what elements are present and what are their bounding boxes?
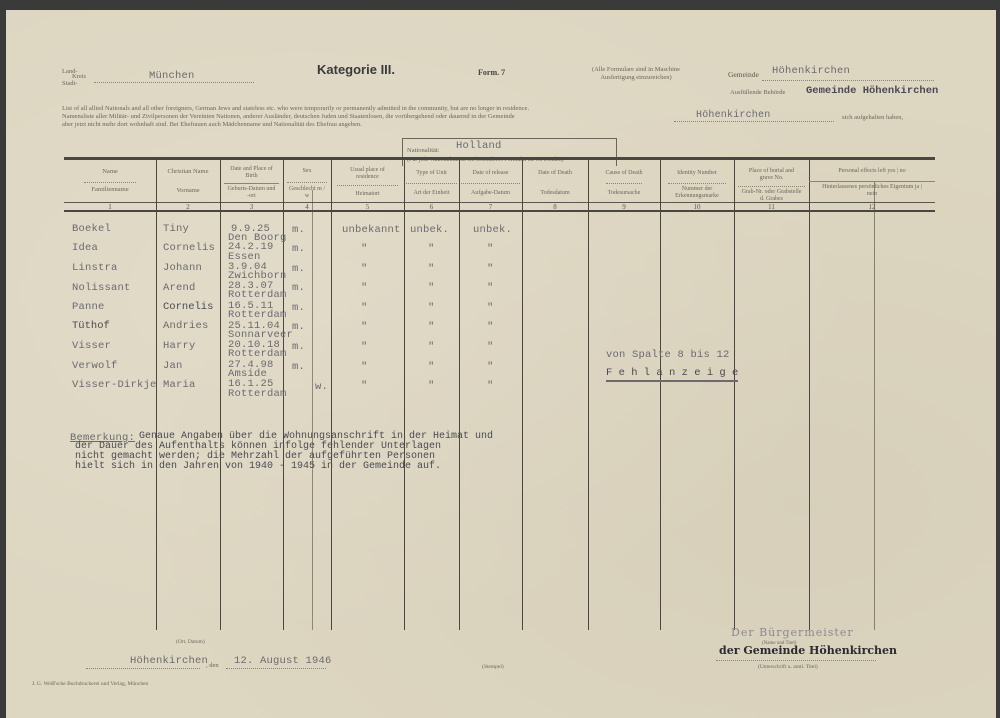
signature-line	[716, 660, 876, 661]
cell-name: Boekel	[72, 223, 111, 235]
gemeinde-line	[762, 80, 934, 81]
col-header-release: Date of release Aufgabe-Datum	[459, 170, 522, 197]
col-number: 7	[459, 203, 522, 211]
col-de: Grab-Nr. oder Grabstelle d. Grabes	[734, 189, 809, 203]
col-de: Aufgabe-Datum	[459, 190, 522, 197]
col-de: Heimatort	[331, 191, 404, 198]
cell-sex-m: m.	[292, 224, 305, 236]
gemeinde-label: Gemeinde	[728, 70, 759, 79]
cell-residence: "	[361, 263, 368, 275]
cell-sex-m: m.	[292, 341, 305, 353]
cell-residence: "	[361, 380, 368, 392]
cell-release: "	[487, 263, 494, 275]
col-de: Nummer der Erkennungsmarke	[660, 186, 734, 200]
col-number: 3	[220, 203, 283, 211]
ausfuellende-value: Gemeinde Höhenkirchen	[806, 85, 938, 97]
col-en: Christian Name	[156, 168, 220, 176]
ausfuellende-label: Ausfüllende Behörde	[730, 89, 785, 97]
col-number: 4	[283, 203, 331, 211]
instructions-line2: Namensliste aller Militär- und Zivilpers…	[62, 113, 692, 121]
col-de: Todesdatum	[522, 190, 588, 197]
cell-vorname: Cornelis	[163, 242, 215, 254]
cell-name: Visser-Dirkje	[72, 379, 157, 391]
col-en: Date and Place of Birth	[220, 166, 283, 180]
cell-vorname: Johann	[163, 262, 202, 274]
col-number: 11	[734, 203, 809, 211]
col-en: Personal effects left yes | no	[809, 168, 935, 175]
fehlanzeige-range: von Spalte 8 bis 12	[606, 349, 730, 361]
col-header-unit: Type of Unit Art der Einheit	[404, 170, 459, 197]
cell-sex-m: m.	[292, 282, 305, 294]
cell-sex-m: m.	[292, 321, 305, 333]
cell-unit: "	[428, 380, 435, 392]
form-number: Form. 7	[478, 68, 505, 77]
col-de: Geburts-Datum und -ort	[220, 186, 283, 200]
col-divider	[220, 160, 221, 630]
col-header-sex: Sex Geschlecht m / w	[283, 168, 331, 200]
remark-line4: hielt sich in den Jahren von 1940 - 1945…	[75, 462, 493, 472]
place-line	[86, 668, 200, 669]
col-en: Name	[64, 168, 156, 176]
kreis-value: München	[149, 70, 195, 82]
col-number: 8	[522, 203, 588, 211]
col-en: Date of Death	[522, 170, 588, 177]
cell-residence: "	[361, 321, 368, 333]
col-de: Art der Einheit	[404, 190, 459, 197]
table-top-border	[64, 157, 935, 160]
col-header-vorname: Christian Name Vorname	[156, 168, 220, 195]
col-number: 12	[809, 203, 935, 211]
cell-unit: "	[428, 243, 435, 255]
col-divider	[734, 160, 735, 630]
col-en: Place of burial and grave No.	[734, 168, 809, 182]
col-de: Hinterlassenes persönliches Eigentum ja …	[809, 184, 935, 198]
cell-sex-m: m.	[292, 243, 305, 255]
form-note: (Alle Formulare sind in Maschine Ausfert…	[581, 66, 691, 82]
instructions-line3: aber jetzt nicht mehr dort wohnhaft sind…	[62, 121, 622, 129]
col-number: 1	[64, 203, 156, 211]
land-label-3: Stadt-	[62, 80, 86, 88]
cell-name: Nolissant	[72, 282, 131, 294]
cell-name: Idea	[72, 242, 98, 254]
col-de: Todesursache	[588, 190, 660, 197]
cell-unit: "	[428, 302, 435, 314]
col-divider	[588, 160, 589, 630]
col-divider	[809, 160, 810, 630]
col-divider	[331, 160, 332, 630]
instructions-gemeinde-value: Höhenkirchen	[696, 110, 770, 121]
footer-date: 12. August 1946	[234, 655, 332, 667]
cell-unit: "	[428, 263, 435, 275]
col-de: Vorname	[156, 187, 220, 195]
cell-release: "	[487, 321, 494, 333]
cell-name: Verwolf	[72, 360, 118, 372]
sex-subdivider	[312, 190, 313, 630]
cell-vorname: Tiny	[163, 223, 189, 235]
col-de: Geschlecht m / w	[283, 186, 331, 200]
cell-sex-m: m.	[292, 263, 305, 275]
col-divider	[522, 160, 523, 630]
cell-unit: unbek.	[410, 224, 449, 236]
cell-vorname: Arend	[163, 282, 196, 294]
effects-subdivider	[874, 182, 875, 630]
printer-credit: J. G. Weiß'sche Buchdruckerei und Verlag…	[32, 680, 148, 688]
cell-vorname: Cornelis	[163, 301, 213, 313]
page-title: Kategorie III.	[317, 62, 395, 77]
col-header-identity: Identity Number Nummer der Erkennungsmar…	[660, 170, 734, 200]
col-divider	[156, 160, 157, 630]
cell-vorname: Harry	[163, 340, 196, 352]
signature-title: Der Bürgermeister	[731, 626, 854, 639]
col-divider	[660, 160, 661, 630]
col-divider	[459, 160, 460, 630]
form-note-line2: Ausfertigung einzureichen)	[581, 74, 691, 82]
remark-text: Genaue Angaben über die Wohnungsanschrif…	[139, 432, 493, 472]
col-header-birth: Date and Place of Birth Geburts-Datum un…	[220, 166, 283, 200]
col-number: 10	[660, 203, 734, 211]
form-note-line1: (Alle Formulare sind in Maschine	[581, 66, 691, 74]
footer-den: , den	[206, 662, 219, 670]
cell-name: Linstra	[72, 262, 118, 274]
footer-place: Höhenkirchen	[130, 655, 208, 667]
col-header-effects: Personal effects left yes | no Hinterlas…	[809, 168, 935, 198]
col-number: 6	[404, 203, 459, 211]
col-en: Date of release	[459, 170, 522, 177]
document-page: Land- Kreis Stadt- München Kategorie III…	[6, 10, 996, 718]
col-en: Type of Unit	[404, 170, 459, 177]
cell-residence: unbekannt	[342, 224, 401, 236]
cell-sex-m: m.	[292, 302, 305, 314]
col-en: Cause of Death	[588, 170, 660, 177]
cell-vorname: Jan	[163, 360, 183, 372]
col-header-residence: Usual place of residence Heimatort	[331, 167, 404, 198]
cell-release: "	[487, 361, 494, 373]
cell-residence: "	[361, 361, 368, 373]
signature-label: (Unterschrift u. amtl. Titel)	[758, 663, 818, 671]
cell-vorname: Andries	[163, 320, 209, 332]
col-number: 9	[588, 203, 660, 211]
nationality-label: Nationalität:	[407, 147, 440, 155]
cell-unit: "	[428, 282, 435, 294]
cell-unit: "	[428, 341, 435, 353]
cell-vorname: Maria	[163, 379, 196, 391]
cell-release: "	[487, 380, 494, 392]
col-en: Identity Number	[660, 170, 734, 177]
cell-sex-m: m.	[292, 361, 305, 373]
cell-residence: "	[361, 243, 368, 255]
col-divider	[404, 160, 405, 630]
cell-release: "	[487, 282, 494, 294]
col-header-death-cause: Cause of Death Todesursache	[588, 170, 660, 197]
cell-release: "	[487, 302, 494, 314]
cell-sex-w: w.	[315, 381, 328, 393]
nationality-box: Nationalität: Holland (Für jede National…	[402, 138, 617, 166]
cell-unit: "	[428, 361, 435, 373]
cell-name: Tüthof	[72, 320, 110, 332]
instructions-line1: List of all allied Nationals and all oth…	[62, 105, 942, 113]
cell-residence: "	[361, 341, 368, 353]
fehlanzeige-label: F e h l a n z e i g e	[606, 367, 738, 382]
col-header-name: Name Familienname	[64, 168, 156, 194]
instructions-gemeinde-line	[674, 121, 834, 122]
cell-unit: "	[428, 321, 435, 333]
cell-name: Visser	[72, 340, 111, 352]
col-number: 5	[331, 203, 404, 211]
signature-authority: der Gemeinde Höhenkirchen	[719, 644, 897, 657]
col-en: Usual place of residence	[331, 167, 404, 181]
col-header-death-date: Date of Death Todesdatum	[522, 170, 588, 197]
cell-residence: "	[361, 302, 368, 314]
date-line	[226, 668, 326, 669]
cell-residence: "	[361, 282, 368, 294]
kreis-line	[94, 82, 254, 83]
ort-datum-label: (Ort, Datum)	[176, 638, 205, 646]
cell-release: unbek.	[473, 224, 512, 236]
col-en: Sex	[283, 168, 331, 175]
instructions-line2-end: sich aufgehalten haben,	[842, 114, 903, 122]
gemeinde-value: Höhenkirchen	[772, 65, 850, 77]
col-number: 2	[156, 203, 220, 211]
cell-birth-place: Rotterdam	[228, 388, 287, 400]
nationality-value: Holland	[456, 140, 502, 152]
cell-release: "	[487, 243, 494, 255]
col-de: Familienname	[64, 186, 156, 194]
cell-release: "	[487, 341, 494, 353]
cell-name: Panne	[72, 301, 105, 313]
stamp-label: (Stempel)	[482, 663, 504, 671]
col-header-burial: Place of burial and grave No. Grab-Nr. o…	[734, 168, 809, 203]
land-label: Land- Kreis Stadt-	[62, 68, 86, 88]
